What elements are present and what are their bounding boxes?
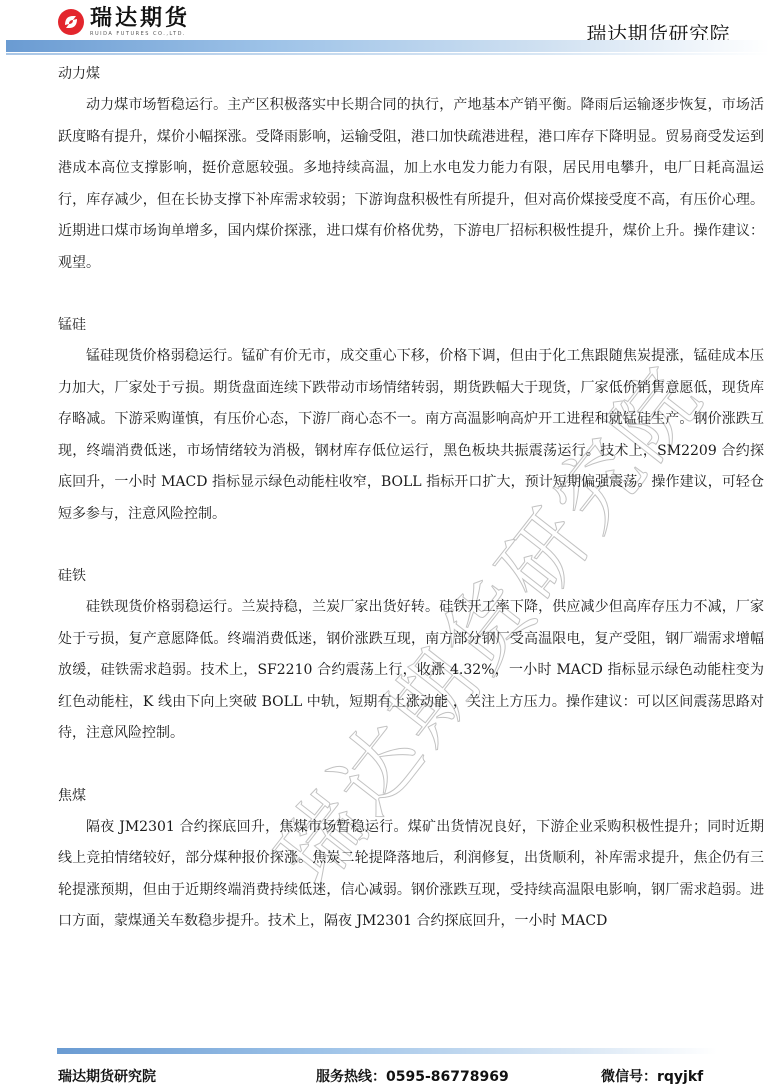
- footer-divider-bar: [57, 1048, 717, 1054]
- header-divider-bar: [6, 40, 770, 52]
- logo-english-name: RUIDA FUTURES CO.,LTD.: [90, 31, 190, 38]
- header-divider-line: [6, 53, 770, 55]
- section-title: 动力煤: [58, 64, 764, 84]
- section-paragraph: 动力煤市场暂稳运行。主产区积极落实中长期合同的执行，产地基本产销平衡。降雨后运输…: [58, 90, 764, 279]
- section-silicomanganese: 锰硅 锰硅现货价格弱稳运行。锰矿有价无市，成交重心下移，价格下调，但由于化工焦跟…: [58, 315, 764, 530]
- section-coking-coal: 焦煤 隔夜 JM2301 合约探底回升，焦煤市场暂稳运行。煤矿出货情况良好，下游…: [58, 786, 764, 938]
- report-body: 动力煤 动力煤市场暂稳运行。主产区积极落实中长期合同的执行，产地基本产销平衡。降…: [58, 64, 764, 974]
- section-paragraph: 硅铁现货价格弱稳运行。兰炭持稳，兰炭厂家出货好转。硅铁开工率下降，供应减少但高库…: [58, 592, 764, 750]
- footer-hotline: 服务热线：0595-86778969: [316, 1066, 509, 1086]
- footer-wechat: 微信号：rqyjkf: [601, 1066, 703, 1086]
- logo-chinese-name: 瑞达期货: [90, 7, 190, 31]
- page-header: 瑞达期货 RUIDA FUTURES CO.,LTD. 瑞达期货研究院: [0, 0, 770, 56]
- ruida-logo-icon: [56, 7, 86, 37]
- section-title: 焦煤: [58, 786, 764, 806]
- page-footer: 瑞达期货研究院 服务热线：0595-86778969 微信号：rqyjkf: [58, 1066, 764, 1086]
- company-logo: 瑞达期货 RUIDA FUTURES CO.,LTD.: [56, 4, 190, 40]
- section-ferrosilicon: 硅铁 硅铁现货价格弱稳运行。兰炭持稳，兰炭厂家出货好转。硅铁开工率下降，供应减少…: [58, 566, 764, 750]
- section-paragraph: 锰硅现货价格弱稳运行。锰矿有价无市，成交重心下移，价格下调，但由于化工焦跟随焦炭…: [58, 341, 764, 530]
- footer-org: 瑞达期货研究院: [58, 1066, 156, 1086]
- section-thermal-coal: 动力煤 动力煤市场暂稳运行。主产区积极落实中长期合同的执行，产地基本产销平衡。降…: [58, 64, 764, 279]
- section-title: 硅铁: [58, 566, 764, 586]
- section-paragraph: 隔夜 JM2301 合约探底回升，焦煤市场暂稳运行。煤矿出货情况良好，下游企业采…: [58, 812, 764, 938]
- section-title: 锰硅: [58, 315, 764, 335]
